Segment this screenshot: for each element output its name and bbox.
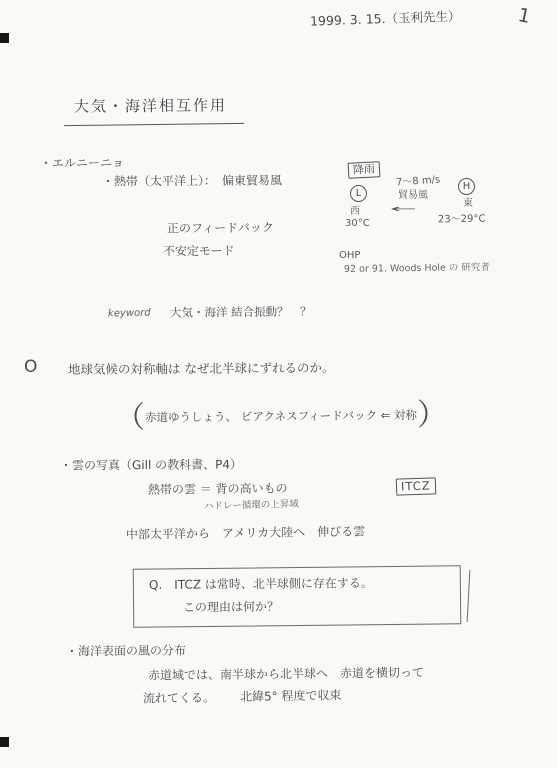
paren-note-text: 赤道ゆうしょう、 ビアクネスフィードバック ⇐ 対称: [145, 408, 417, 424]
keyword-label: keyword: [108, 308, 151, 320]
ohp-label: OHP: [339, 250, 360, 261]
paren-open: （: [115, 400, 145, 435]
scan-mark-bottom: [0, 737, 9, 747]
date-note: 1999. 3. 15.（玉利先生）: [310, 9, 461, 28]
trade-wind-label: 貿易風: [398, 190, 428, 201]
itcz-box: ITCZ: [396, 477, 436, 495]
surface-wind-heading: ・海洋表面の風の分布: [66, 644, 186, 658]
surface-wind-line2: 流れてくる。: [143, 692, 215, 706]
elnino-tropics-line: ・熱帯（太平洋上）： 偏東貿易風: [102, 174, 282, 188]
high-pressure-icon: H: [458, 178, 475, 195]
east-label: 東: [463, 198, 473, 209]
paren-close: ）: [417, 398, 447, 433]
page-number: 1: [516, 5, 532, 28]
title-underline: [64, 123, 244, 126]
east-sst: 23〜29°C: [438, 214, 486, 226]
cloud-photo-heading: ・雲の写真（Gill の教科書、P4）: [60, 459, 242, 473]
tropical-cloud-line: 熱帯の雲 ＝ 背の高いもの: [148, 482, 288, 497]
scan-mark-top: [0, 33, 9, 43]
wind-speed: 7〜8 m/s: [396, 174, 441, 188]
keyword-text: 大気・海洋 結合振動？ ？: [170, 305, 312, 319]
ohp-source-note: 92 or 91. Woods Hole の 研究者: [344, 263, 490, 275]
question-bullet: O: [24, 358, 37, 377]
unstable-mode-line: 不安定モード: [163, 245, 235, 259]
notebook-page: 1999. 3. 15.（玉利先生） 1 大気・海洋相互作用 ・エルニーニョ ・…: [0, 0, 557, 768]
symmetry-question-line: 地球気候の対称軸は なぜ北半球にずれるのか。: [68, 361, 335, 377]
hadley-note: ハドレー循環の上昇域: [204, 500, 299, 513]
boxed-question-line2: この理由は何か？: [183, 601, 279, 615]
positive-feedback-line: 正のフィードバック: [167, 221, 274, 235]
question-box-stray-line: [467, 570, 471, 622]
west-sst: 30°C: [345, 218, 370, 229]
left-arrow-icon: ←: [390, 204, 398, 215]
surface-wind-line1: 赤道域では、南半球から北半球へ 赤道を横切って: [148, 667, 424, 683]
question-box: [133, 565, 462, 627]
surface-wind-line3: 北緯5° 程度で収束: [240, 689, 342, 704]
low-pressure-label: L: [350, 185, 367, 202]
page-title: 大気・海洋相互作用: [74, 97, 227, 115]
extending-cloud-line: 中部太平洋から アメリカ大陸へ 伸びる雲: [126, 525, 365, 542]
paren-note-line: （赤道ゆうしょう、 ビアクネスフィードバック ⇐ 対称）: [115, 399, 447, 435]
rainfall-box: 降雨: [348, 161, 381, 179]
west-label: 西: [350, 206, 360, 217]
high-pressure-label: H: [458, 178, 475, 195]
elnino-heading: ・エルニーニョ: [40, 157, 124, 171]
boxed-question-line1: Q. ITCZ は常時、北半球側に存在する。: [149, 577, 373, 592]
low-pressure-icon: L: [350, 185, 367, 202]
